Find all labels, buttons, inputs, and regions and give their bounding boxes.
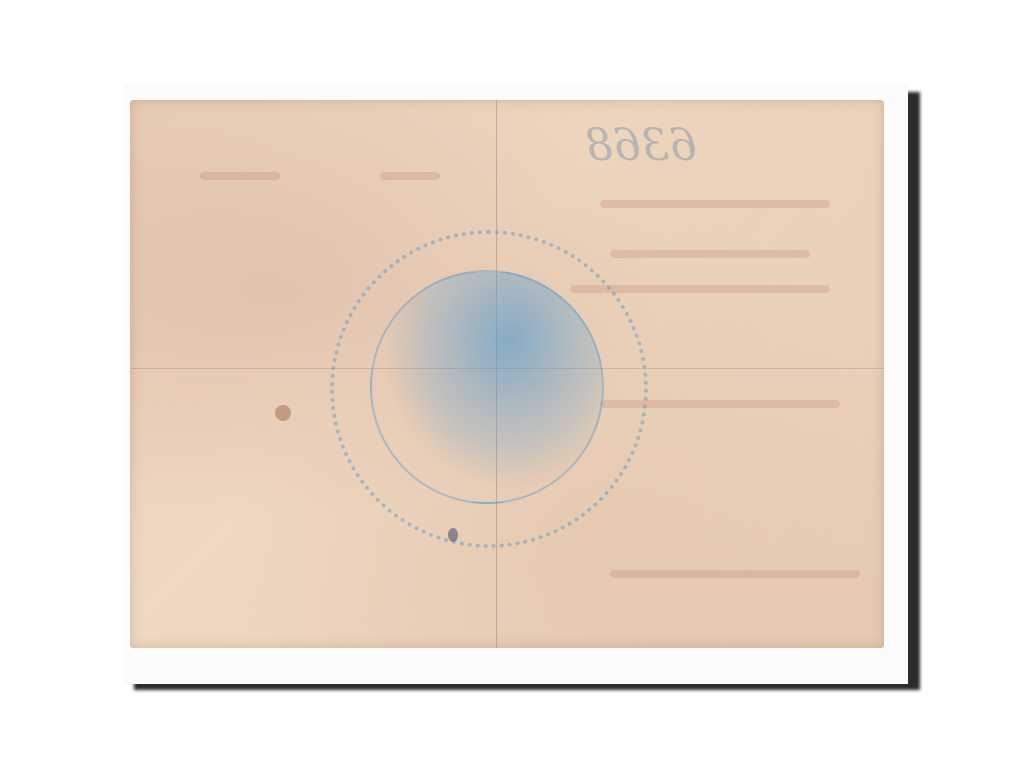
show-through-text [610,250,810,258]
stain [275,405,291,421]
show-through-text [600,200,830,208]
stain [448,528,458,542]
banknote: 6368 [130,100,884,648]
show-through-text [200,172,280,180]
stamp-emblem [370,270,604,504]
handwritten-serial: 6368 [585,120,697,171]
show-through-text [610,570,860,578]
show-through-text [380,172,440,180]
